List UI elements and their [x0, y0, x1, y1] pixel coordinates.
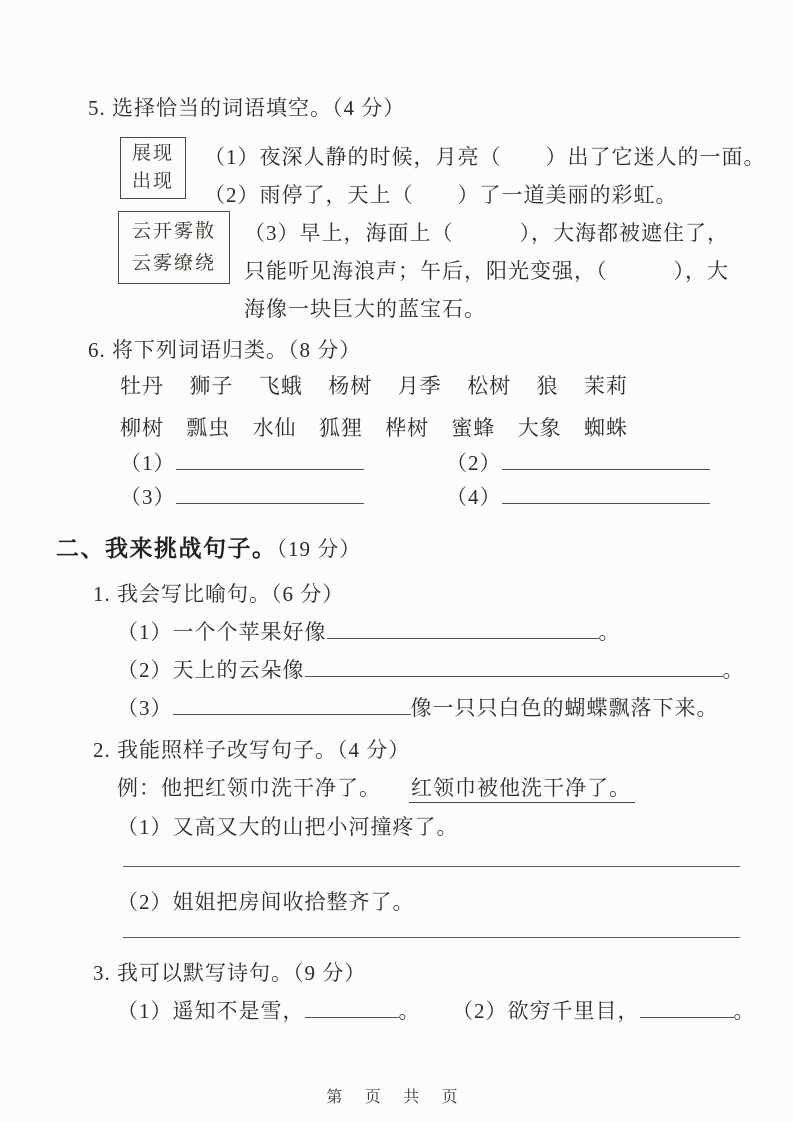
word-item: 蜜蜂 — [451, 412, 495, 442]
word-list-row-1: 牡丹 狮子 飞蛾 杨树 月季 松树 狼 茉莉 — [120, 370, 628, 400]
word-item: 狐狸 — [319, 412, 363, 442]
question-5-item-3-line-2: 只能听见海浪声；午后，阳光变强，（ ），大 — [244, 255, 729, 285]
simile-item-2-period: 。 — [723, 658, 745, 682]
section-2-header: 二、我来挑战句子。（19 分） — [56, 530, 361, 563]
blank-label: （2） — [446, 451, 502, 475]
simile-item-1-text: （1）一个个苹果好像 — [117, 620, 327, 644]
classify-blank-1: （1） — [120, 447, 364, 477]
poem-item-1-period: 。 — [399, 999, 421, 1023]
word-bank-box-1: 展现 出现 — [120, 137, 186, 199]
simile-item-3-text: 像一只只白色的蝴蝶飘落下来。 — [411, 696, 719, 720]
word-bank-word: 云开雾散 — [119, 216, 229, 248]
s2-question-1-header: 1. 我会写比喻句。（6 分） — [93, 578, 344, 608]
word-item: 狼 — [537, 370, 559, 400]
s2-question-2-header: 2. 我能照样子改写句子。（4 分） — [93, 734, 410, 764]
poem-item-1-text: （1）遥知不是雪， — [117, 999, 305, 1023]
blank-underline — [327, 620, 599, 639]
blank-underline — [173, 696, 411, 715]
word-item: 水仙 — [253, 412, 297, 442]
word-item: 月季 — [398, 370, 442, 400]
word-item: 狮子 — [189, 370, 233, 400]
word-item: 牡丹 — [120, 370, 164, 400]
classify-blank-3: （3） — [120, 481, 364, 511]
simile-item-3-label: （3） — [117, 696, 173, 720]
question-5-header: 5. 选择恰当的词语填空。（4 分） — [88, 92, 405, 122]
word-item: 蜘蛛 — [584, 412, 628, 442]
poem-item-2-period: 。 — [734, 999, 756, 1023]
classify-blank-4: （4） — [446, 481, 710, 511]
word-item: 桦树 — [385, 412, 429, 442]
exam-page: 5. 选择恰当的词语填空。（4 分） 展现 出现 （1）夜深人静的时候，月亮（ … — [0, 0, 793, 1122]
word-bank-word: 展现 — [121, 140, 185, 168]
simile-item-2: （2）天上的云朵像。 — [117, 654, 745, 684]
word-item: 杨树 — [328, 370, 372, 400]
rewrite-example-prompt: 例：他把红领巾洗干净了。 — [117, 776, 381, 800]
answer-line — [123, 937, 740, 938]
word-bank-word: 出现 — [121, 168, 185, 196]
rewrite-example-answer: 红领巾被他洗干净了。 — [409, 776, 635, 803]
question-5-item-3-line-1: （3）早上，海面上（ ），大海都被遮住了， — [244, 217, 729, 247]
s2-question-3-header: 3. 我可以默写诗句。（9 分） — [93, 957, 366, 987]
page-footer: 第 页 共 页 — [0, 1084, 793, 1107]
word-item: 瓢虫 — [186, 412, 230, 442]
word-list-row-2: 柳树 瓢虫 水仙 狐狸 桦树 蜜蜂 大象 蜘蛛 — [120, 412, 628, 442]
blank-underline — [305, 999, 399, 1018]
blank-label: （1） — [120, 451, 176, 475]
blank-underline — [502, 451, 710, 470]
simile-item-2-text: （2）天上的云朵像 — [117, 658, 305, 682]
question-5-item-3-line-3: 海像一块巨大的蓝宝石。 — [244, 293, 486, 323]
blank-label: （3） — [120, 485, 176, 509]
blank-underline — [640, 999, 734, 1018]
blank-underline — [176, 451, 364, 470]
word-item: 松树 — [467, 370, 511, 400]
blank-underline — [502, 485, 710, 504]
word-item: 大象 — [518, 412, 562, 442]
section-2-score: （19 分） — [277, 537, 362, 561]
question-5-item-1: （1）夜深人静的时候，月亮（ ）出了它迷人的一面。 — [204, 141, 766, 171]
blank-underline — [305, 658, 723, 677]
word-item: 柳树 — [120, 412, 164, 442]
blank-label: （4） — [446, 485, 502, 509]
simile-item-1: （1）一个个苹果好像。 — [117, 616, 621, 646]
word-bank-box-2: 云开雾散 云雾缭绕 — [118, 211, 230, 284]
rewrite-example: 例：他把红领巾洗干净了。红领巾被他洗干净了。 — [117, 772, 635, 802]
simile-item-1-period: 。 — [599, 620, 621, 644]
simile-item-3: （3）像一只只白色的蝴蝶飘落下来。 — [117, 692, 719, 722]
word-bank-word: 云雾缭绕 — [119, 248, 229, 280]
word-item: 茉莉 — [584, 370, 628, 400]
question-5-item-2: （2）雨停了，天上（ ）了一道美丽的彩虹。 — [204, 179, 678, 209]
classify-blank-2: （2） — [446, 447, 710, 477]
rewrite-item-1: （1）又高又大的山把小河撞疼了。 — [117, 811, 459, 841]
poem-item-2-text: （2）欲穷千里目， — [463, 999, 640, 1023]
rewrite-item-2: （2）姐姐把房间收拾整齐了。 — [117, 886, 415, 916]
question-6-header: 6. 将下列词语归类。（8 分） — [88, 334, 361, 364]
section-2-title: 二、我来挑战句子。 — [56, 535, 277, 561]
word-item: 飞蛾 — [259, 370, 303, 400]
blank-underline — [176, 485, 364, 504]
poem-items-row: （1）遥知不是雪，。（2）欲穷千里目，。 — [117, 995, 756, 1025]
answer-line — [123, 866, 740, 867]
